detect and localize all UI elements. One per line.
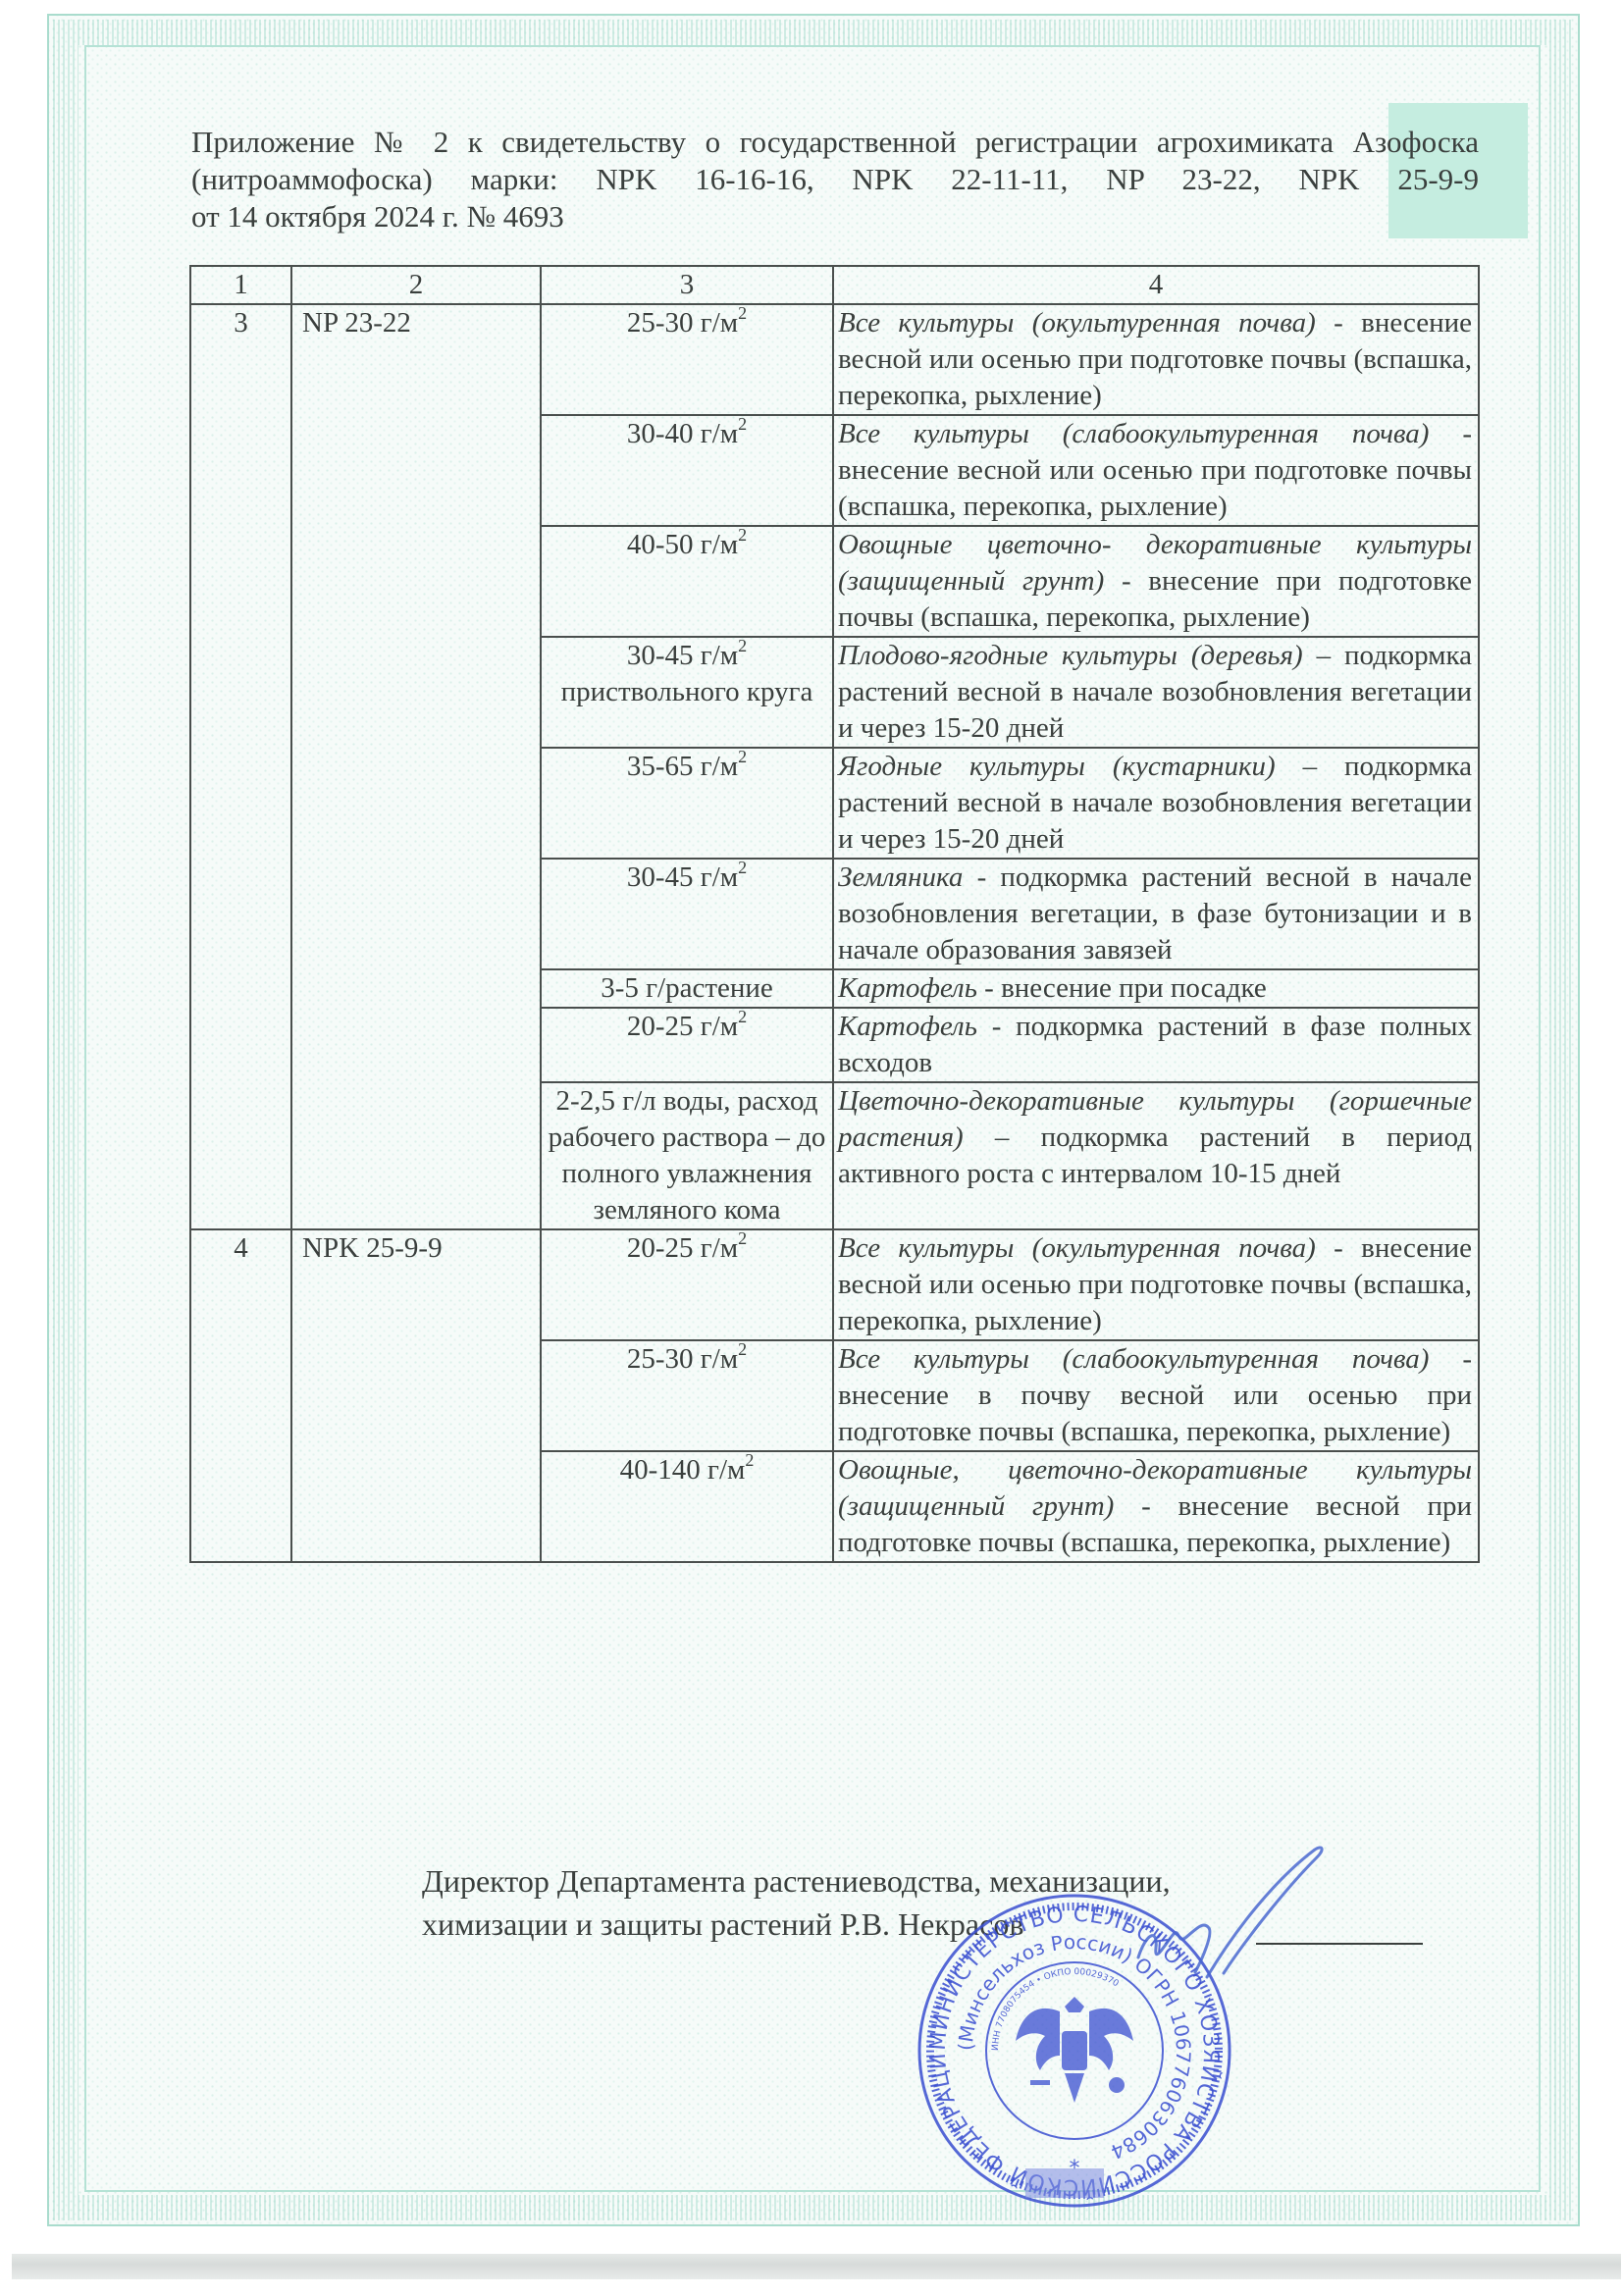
rate-unit-exponent: 2 xyxy=(738,747,747,766)
document-header: Приложение № 2 к свидетельству о государ… xyxy=(191,124,1479,235)
crop-name: Все культуры (слабоокультуренная почва) xyxy=(838,418,1429,449)
application-rate: 40-140 г/м2 xyxy=(541,1451,833,1562)
rate-value: 2-2,5 г/л воды, расход рабочего раствора… xyxy=(549,1085,826,1226)
column-header: 3 xyxy=(541,266,833,304)
usage-description: Плодово-ягодные культуры (деревья) – под… xyxy=(833,637,1479,748)
crop-name: Все культуры (окультуренная почва) xyxy=(838,1232,1316,1264)
rate-unit-exponent: 2 xyxy=(738,525,747,545)
application-rate: 25-30 г/м2 xyxy=(541,1340,833,1451)
application-rate: 20-25 г/м2 xyxy=(541,1229,833,1340)
rate-value: 30-45 г/м xyxy=(627,861,738,893)
table-row: 4NPK 25-9-920-25 г/м2Все культуры (окуль… xyxy=(190,1229,1479,1340)
rate-value: 30-45 г/м xyxy=(627,640,738,671)
application-rate: 30-45 г/м2 xyxy=(541,859,833,969)
rate-unit-exponent: 2 xyxy=(738,303,747,323)
usage-description: Цветочно-декоративные культуры (горшечны… xyxy=(833,1082,1479,1229)
usage-description: Овощные цветочно- декоративные культуры … xyxy=(833,526,1479,637)
application-rate: 20-25 г/м2 xyxy=(541,1008,833,1082)
row-number: 3 xyxy=(190,304,291,1229)
rate-note: приствольного круга xyxy=(546,674,828,710)
crop-name: Все культуры (окультуренная почва) xyxy=(838,307,1316,339)
rate-unit-exponent: 2 xyxy=(738,1007,747,1026)
rate-value: 40-140 г/м xyxy=(620,1454,746,1486)
column-header: 4 xyxy=(833,266,1479,304)
application-rate: 25-30 г/м2 xyxy=(541,304,833,415)
rate-value: 25-30 г/м xyxy=(627,1343,738,1375)
product-mark: NPK 25-9-9 xyxy=(291,1229,541,1562)
handwritten-signature-icon xyxy=(1128,1840,1325,1997)
rate-unit-exponent: 2 xyxy=(738,414,747,434)
usage-description: Ягодные культуры (кустарники) – подкормк… xyxy=(833,748,1479,859)
product-mark: NP 23-22 xyxy=(291,304,541,1229)
rate-value: 25-30 г/м xyxy=(627,307,738,339)
header-line: (нитроаммофоска) марки: NPK 16-16-16, NP… xyxy=(191,161,1479,198)
usage-description: Все культуры (слабоокультуренная почва) … xyxy=(833,415,1479,526)
application-rate: 30-45 г/м2приствольного круга xyxy=(541,637,833,748)
crop-name: Все культуры (слабоокультуренная почва) xyxy=(838,1343,1429,1375)
usage-description: Земляника - подкормка растений весной в … xyxy=(833,859,1479,969)
application-rate: 40-50 г/м2 xyxy=(541,526,833,637)
crop-name: Земляника xyxy=(838,861,963,893)
crop-name: Картофель xyxy=(838,1011,977,1042)
header-line: от 14 октября 2024 г. № 4693 xyxy=(191,198,1479,235)
application-rate: 2-2,5 г/л воды, расход рабочего раствора… xyxy=(541,1082,833,1229)
rate-unit-exponent: 2 xyxy=(745,1450,754,1470)
rate-value: 35-65 г/м xyxy=(627,751,738,782)
crop-name: Ягодные культуры (кустарники) xyxy=(838,751,1276,782)
scanner-edge xyxy=(12,2254,1621,2279)
usage-description: Все культуры (окультуренная почва) - вне… xyxy=(833,1229,1479,1340)
crop-name: Плодово-ягодные культуры (деревья) xyxy=(838,640,1303,671)
crop-name: Картофель xyxy=(838,972,977,1004)
rate-value: 3-5 г/растение xyxy=(601,972,773,1004)
usage-description: Все культуры (слабоокультуренная почва) … xyxy=(833,1340,1479,1451)
application-rate: 30-40 г/м2 xyxy=(541,415,833,526)
rate-value: 20-25 г/м xyxy=(627,1232,738,1264)
application-method: - внесение при посадке xyxy=(977,972,1267,1004)
usage-description: Картофель - подкормка растений в фазе по… xyxy=(833,1008,1479,1082)
column-header: 2 xyxy=(291,266,541,304)
usage-description: Все культуры (окультуренная почва) - вне… xyxy=(833,304,1479,415)
application-rate: 3-5 г/растение xyxy=(541,969,833,1008)
rate-value: 20-25 г/м xyxy=(627,1011,738,1042)
table-row: 3NP 23-2225-30 г/м2Все культуры (окульту… xyxy=(190,304,1479,415)
header-line: Приложение № 2 к свидетельству о государ… xyxy=(191,124,1479,161)
table-header-row: 1 2 3 4 xyxy=(190,266,1479,304)
rate-unit-exponent: 2 xyxy=(738,858,747,877)
rate-value: 30-40 г/м xyxy=(627,418,738,449)
usage-description: Картофель - внесение при посадке xyxy=(833,969,1479,1008)
column-header: 1 xyxy=(190,266,291,304)
rate-value: 40-50 г/м xyxy=(627,529,738,560)
usage-description: Овощные, цветочно-декоративные культуры … xyxy=(833,1451,1479,1562)
rate-unit-exponent: 2 xyxy=(738,1228,747,1248)
row-number: 4 xyxy=(190,1229,291,1562)
application-rate: 35-65 г/м2 xyxy=(541,748,833,859)
rate-unit-exponent: 2 xyxy=(738,636,747,655)
application-rates-table: 1 2 3 4 3NP 23-2225-30 г/м2Все культуры … xyxy=(189,265,1480,1563)
rate-unit-exponent: 2 xyxy=(738,1339,747,1359)
